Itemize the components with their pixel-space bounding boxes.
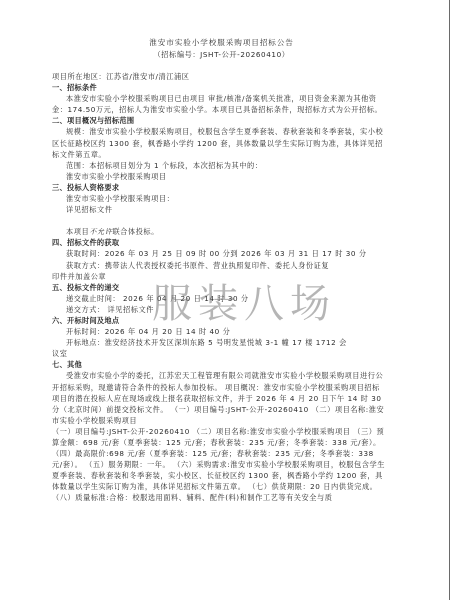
consortium-suffix: 联合体投标。	[112, 227, 158, 236]
project-lot-name: 淮安市实验小学校服采购项目	[52, 171, 387, 182]
other-paragraph-2: （一）项目编号:JSHT-公开-20260410 （二）项目名称:淮安市实验小学…	[52, 426, 387, 493]
section-heading-bid-opening: 六、开标时间及地点	[52, 315, 387, 326]
acquisition-method-line1: 获取方式：携带法人代表授权委托书原件、营业执照复印件、委托人身份证复	[52, 260, 387, 271]
qualification-project-name: 淮安市实验小学校服采购项目：	[52, 193, 387, 204]
document-content: 淮安市实验小学校服采购项目招标公告 （招标编号：JSHT-公开-20260410…	[52, 37, 387, 504]
consortium-not-allowed: 不允许	[89, 227, 112, 236]
spacer	[52, 215, 387, 226]
opening-place-line2: 议室	[52, 348, 387, 359]
section-heading-project-overview: 二、项目概况与招标范围	[52, 115, 387, 126]
document-subtitle: （招标编号：JSHT-公开-20260410）	[56, 49, 387, 61]
consortium-prefix: 本项目	[66, 227, 89, 236]
bid-conditions-paragraph: 本淮安市实验小学校服采购项目已由项目 审批/核准/备案机关批准，项目资金来源为其…	[52, 93, 387, 115]
section-heading-other: 七、其他	[52, 359, 387, 370]
section-heading-bid-conditions: 一、招标条件	[52, 82, 387, 93]
qualification-details: 详见招标文件	[52, 204, 387, 215]
section-heading-bid-submission: 五、投标文件的递交	[52, 282, 387, 293]
document-page: 淮安市实验小学校服采购项目招标公告 （招标编号：JSHT-公开-20260410…	[0, 0, 449, 600]
acquisition-method-line2: 印件并加盖公章	[52, 271, 387, 282]
opening-time: 开标时间：2026 年 04 月 20 日 14 时 40 分	[52, 326, 387, 337]
other-paragraph-1: 受淮安市实验小学的委托，江苏宏天工程管理有限公司就淮安市实验小学校服采购项目进行…	[52, 370, 387, 425]
opening-place-line1: 开标地点：淮安经济技术开发区深圳东路 5 号明发星悦城 3-1 幢 17 楼 1…	[52, 337, 387, 348]
project-scale-paragraph: 规模：淮安市实验小学校服采购项目，校服包含学生夏季套装、春秋套装和冬季套装，实小…	[52, 126, 387, 159]
submission-deadline: 递交截止时间： 2026 年 04 月 20 日 14 时 30 分	[52, 293, 387, 304]
project-region: 项目所在地区：江苏省/淮安市/清江浦区	[52, 71, 387, 82]
acquisition-time: 获取时间：2026 年 03 月 25 日 09 时 00 分到 2026 年 …	[52, 248, 387, 259]
submission-method: 递交方式： 详见招标文件	[52, 304, 387, 315]
section-heading-bidder-qualifications: 三、投标人资格要求	[52, 182, 387, 193]
project-scope-paragraph: 范围：本招标项目划分为 1 个标段，本次招标为其中的：	[52, 160, 387, 171]
other-paragraph-3: （八）质量标准:合格：校服选用面料、辅料、配件(料)和制作工艺等有关安全与质	[52, 492, 387, 503]
section-heading-document-acquisition: 四、招标文件的获取	[52, 237, 387, 248]
consortium-statement: 本项目不允许联合体投标。	[52, 226, 387, 237]
document-title: 淮安市实验小学校服采购项目招标公告	[56, 37, 387, 49]
